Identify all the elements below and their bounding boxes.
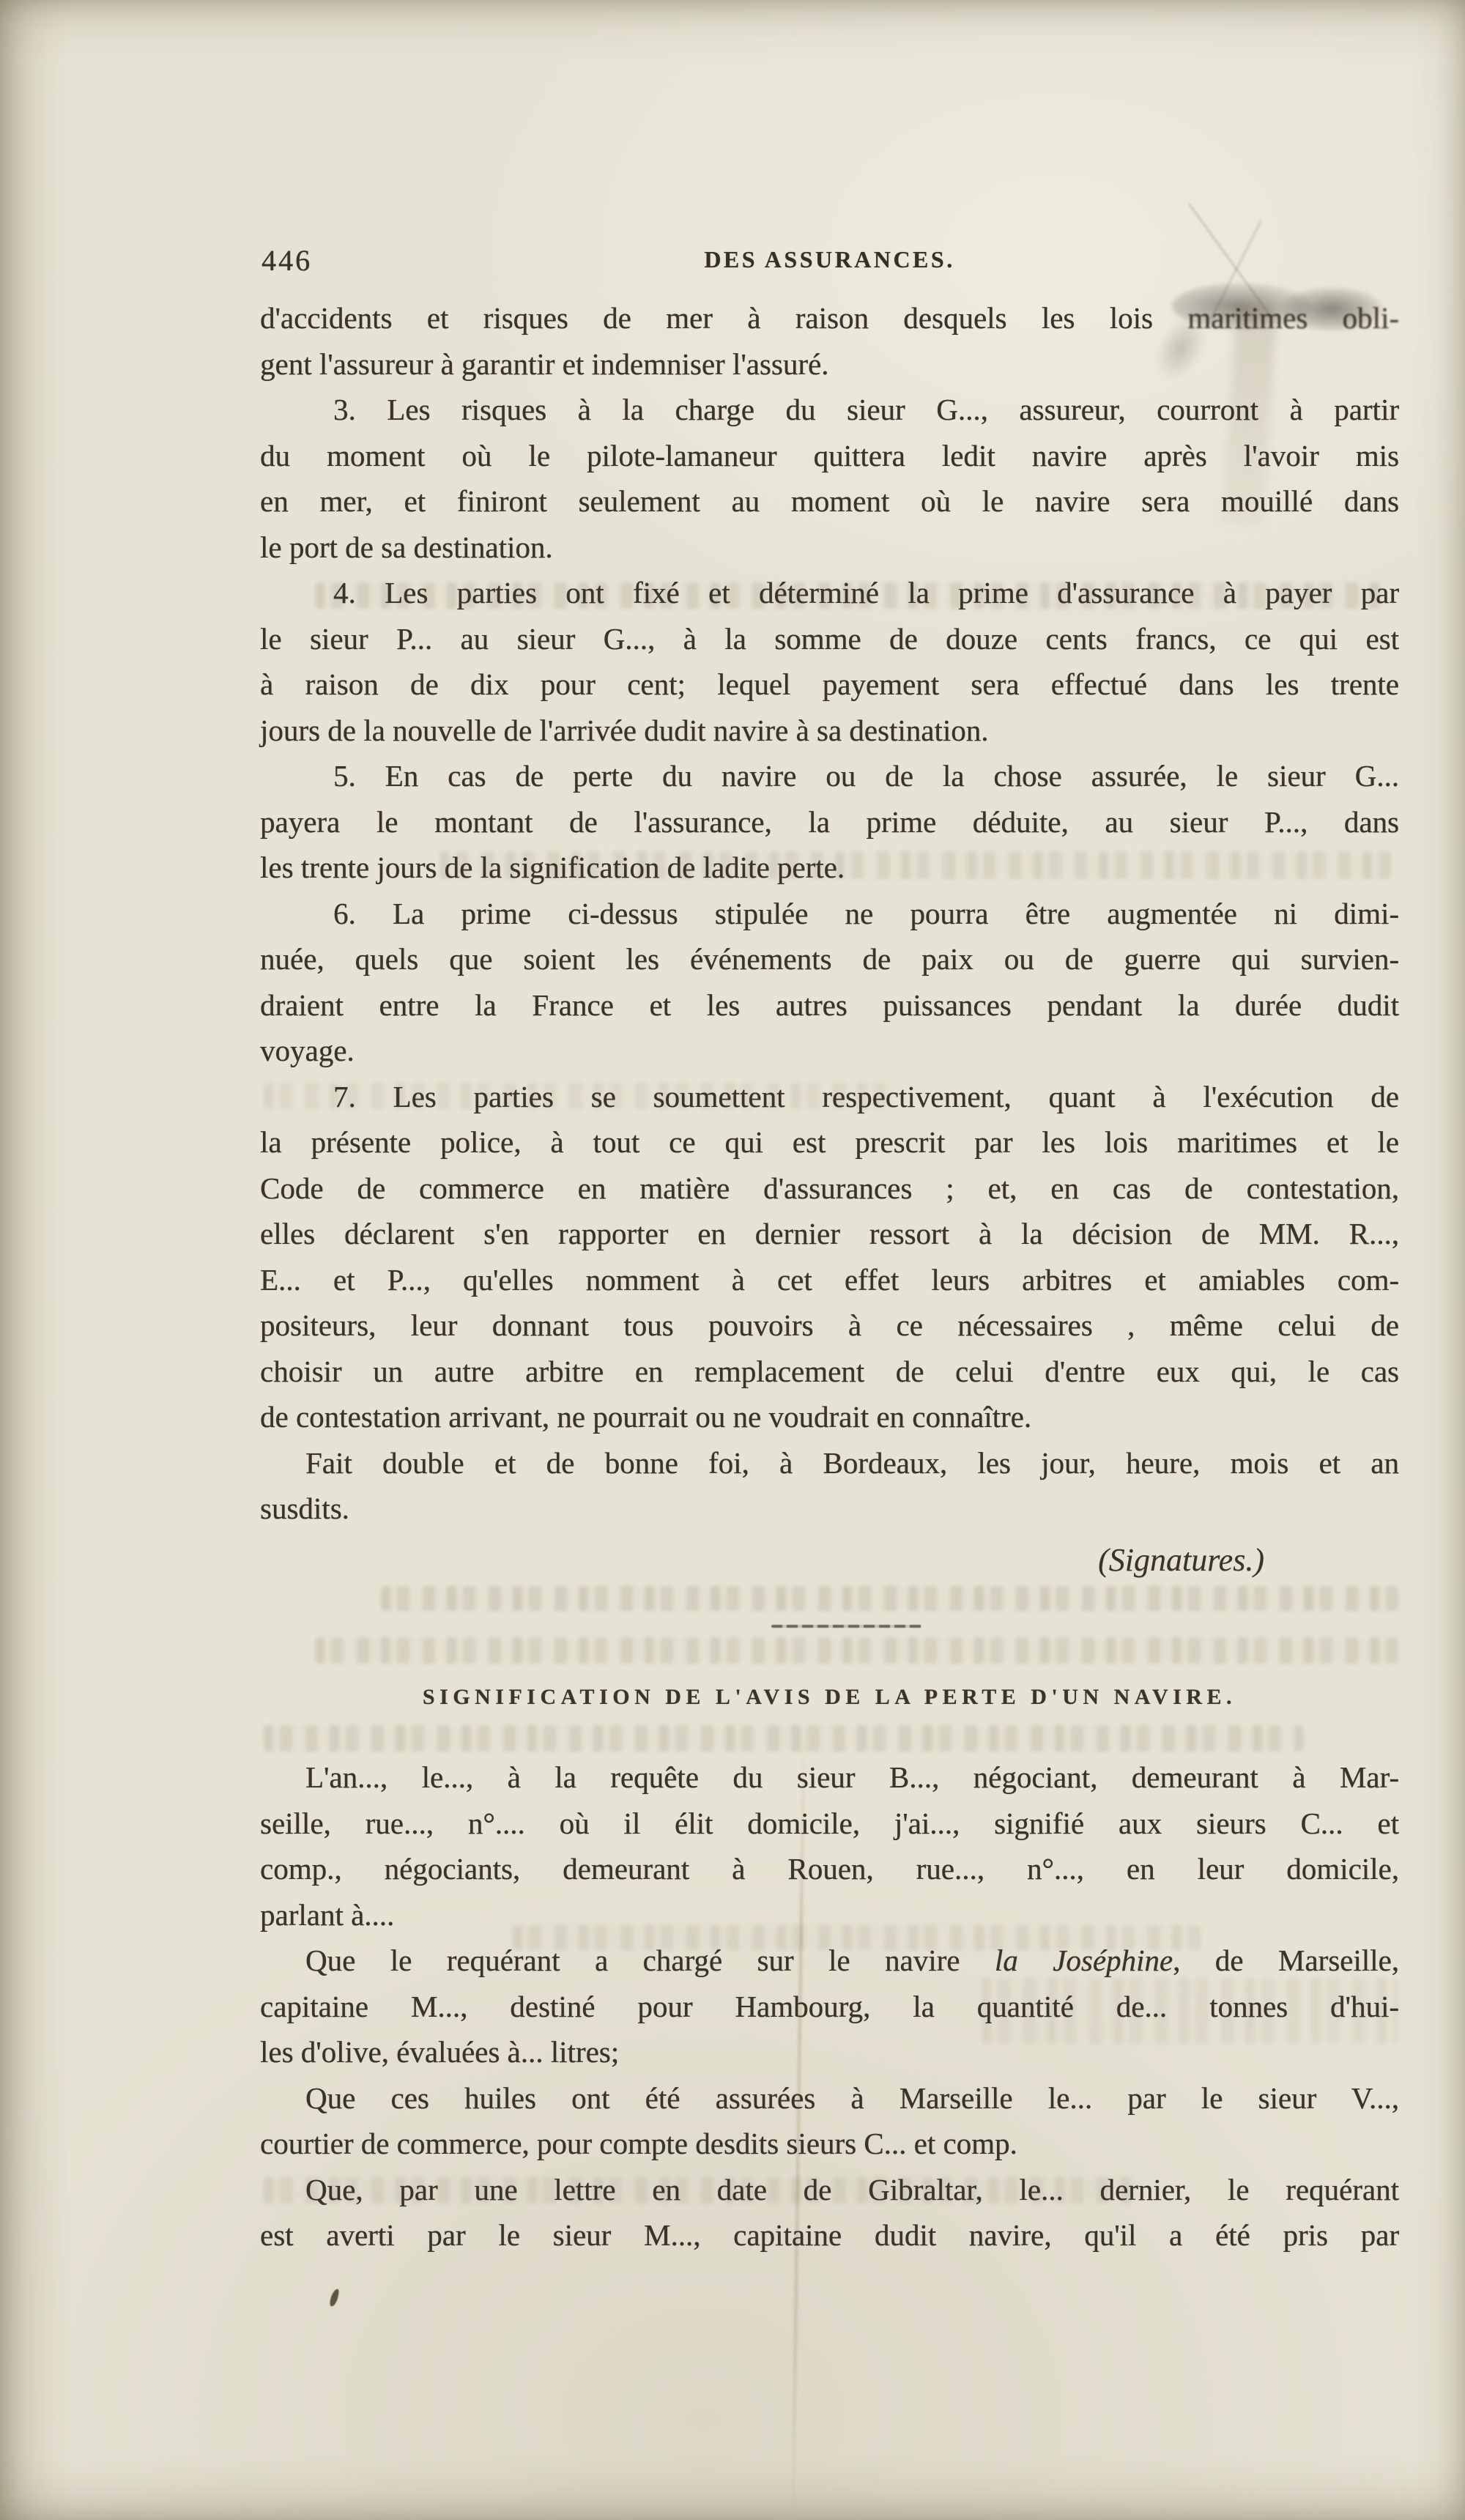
text-line: L'an..., le..., à la requête du sieur B.…: [260, 1754, 1399, 1801]
text-line: 7. Les parties se soumettent respectivem…: [260, 1074, 1399, 1120]
text-line: voyage.: [260, 1028, 1399, 1074]
text-line: positeurs, leur donnant tous pouvoirs à …: [260, 1302, 1399, 1349]
text-segment: 5. En cas de perte du navire ou de la ch…: [333, 759, 1399, 793]
text-line: draient entre la France et les autres pu…: [260, 982, 1399, 1029]
text-line: capitaine M..., destiné pour Hambourg, l…: [260, 1984, 1399, 2030]
text-line: comp., négociants, demeurant à Rouen, ru…: [260, 1846, 1399, 1892]
running-header: 446 DES ASSURANCES.: [260, 243, 1399, 280]
text-line: choisir un autre arbitre en remplacement…: [260, 1349, 1399, 1395]
text-segment: gent l'assureur à garantir et indemniser…: [260, 347, 828, 381]
ship-name-italic: la Joséphine: [995, 1943, 1173, 1977]
text-line: 6. La prime ci-dessus stipulée ne pourra…: [260, 891, 1399, 937]
text-line: gent l'assureur à garantir et indemniser…: [260, 341, 1399, 388]
text-line: Fait double et de bonne foi, à Bordeaux,…: [260, 1440, 1399, 1486]
text-line: le sieur P... au sieur G..., à la somme …: [260, 616, 1399, 662]
text-line: les d'olive, évaluées à... litres;: [260, 2029, 1399, 2075]
text-segment: capitaine M..., destiné pour Hambourg, l…: [260, 1990, 1399, 2023]
text-segment: draient entre la France et les autres pu…: [260, 988, 1399, 1022]
text-line: le port de sa destination.: [260, 525, 1399, 571]
text-segment: elles déclarent s'en rapporter en dernie…: [260, 1217, 1399, 1250]
text-line: à raison de dix pour cent; lequel payeme…: [260, 661, 1399, 708]
text-segment: à raison de dix pour cent; lequel payeme…: [260, 667, 1399, 701]
bleedthrough-mark: [315, 1637, 1399, 1664]
text-segment: E... et P..., qu'elles nomment à cet eff…: [260, 1263, 1399, 1297]
text-segment: Que, par une lettre en date de Gibraltar…: [305, 2173, 1399, 2206]
text-segment: Fait double et de bonne foi, à Bordeaux,…: [305, 1446, 1399, 1480]
text-segment: 6. La prime ci-dessus stipulée ne pourra…: [333, 897, 1399, 930]
text-segment: L'an..., le..., à la requête du sieur B.…: [305, 1760, 1399, 1794]
ink-blot: [1280, 287, 1383, 331]
text-segment: parlant à....: [260, 1898, 394, 1932]
text-segment: , de Marseille,: [1173, 1943, 1399, 1977]
text-segment: Que le requérant a chargé sur le navire: [305, 1943, 995, 1977]
bleedthrough-mark: [381, 1586, 1399, 1611]
text-segment: nuée, quels que soient les événements de…: [260, 942, 1399, 976]
text-segment: susdits.: [260, 1491, 349, 1525]
text-segment: de contestation arrivant, ne pourrait ou…: [260, 1400, 1031, 1434]
text-line: Que, par une lettre en date de Gibraltar…: [260, 2167, 1399, 2213]
signature-text: (Signatures.): [1098, 1542, 1264, 1578]
text-line: 4. Les parties ont fixé et déterminé la …: [260, 570, 1399, 616]
text-line: parlant à....: [260, 1892, 1399, 1938]
ink-speck: [328, 2288, 340, 2308]
text-segment: les d'olive, évaluées à... litres;: [260, 2035, 619, 2069]
text-line: courtier de commerce, pour compte desdit…: [260, 2121, 1399, 2167]
text-line: payera le montant de l'assurance, la pri…: [260, 799, 1399, 845]
text-line: est averti par le sieur M..., capitaine …: [260, 2212, 1399, 2258]
book-page: 446 DES ASSURANCES. d'accidents et risqu…: [0, 0, 1465, 2520]
text-segment: Que ces huiles ont été assurées à Marsei…: [305, 2081, 1399, 2115]
text-line: Code de commerce en matière d'assurances…: [260, 1165, 1399, 1212]
text-line: E... et P..., qu'elles nomment à cet eff…: [260, 1257, 1399, 1303]
text-segment: est averti par le sieur M..., capitaine …: [260, 2218, 1399, 2252]
text-segment: voyage.: [260, 1034, 355, 1067]
text-segment: 4. Les parties ont fixé et déterminé la …: [333, 576, 1399, 609]
text-line: jours de la nouvelle de l'arrivée dudit …: [260, 708, 1399, 754]
page-number: 446: [262, 243, 312, 278]
text-line: de contestation arrivant, ne pourrait ou…: [260, 1394, 1399, 1440]
signature-line: (Signatures.): [260, 1537, 1399, 1583]
text-segment: comp., négociants, demeurant à Rouen, ru…: [260, 1852, 1399, 1886]
text-line: seille, rue..., n°.... où il élit domici…: [260, 1801, 1399, 1847]
text-segment: la présente police, à tout ce qui est pr…: [260, 1125, 1399, 1159]
text-line: les trente jours de la signification de …: [260, 845, 1399, 891]
text-line: susdits.: [260, 1486, 1399, 1532]
text-segment: seille, rue..., n°.... où il élit domici…: [260, 1806, 1399, 1840]
text-line: la présente police, à tout ce qui est pr…: [260, 1119, 1399, 1165]
section-divider-rule: [771, 1625, 921, 1628]
text-segment: les trente jours de la signification de …: [260, 850, 845, 884]
text-line: nuée, quels que soient les événements de…: [260, 936, 1399, 982]
text-segment: 7. Les parties se soumettent respectivem…: [333, 1080, 1399, 1113]
notice-text-block: L'an..., le..., à la requête du sieur B.…: [260, 1754, 1399, 2258]
text-segment: le sieur P... au sieur G..., à la somme …: [260, 622, 1399, 656]
text-segment: le port de sa destination.: [260, 530, 553, 564]
text-segment: positeurs, leur donnant tous pouvoirs à …: [260, 1308, 1399, 1342]
text-line: elles déclarent s'en rapporter en dernie…: [260, 1211, 1399, 1257]
text-segment: choisir un autre arbitre en remplacement…: [260, 1354, 1399, 1388]
text-segment: d'accidents et risques de mer à raison d…: [260, 301, 1187, 335]
text-segment: payera le montant de l'assurance, la pri…: [260, 805, 1399, 839]
text-line: Que ces huiles ont été assurées à Marsei…: [260, 2075, 1399, 2121]
text-line: 5. En cas de perte du navire ou de la ch…: [260, 753, 1399, 799]
notice-section-heading: SIGNIFICATION DE L'AVIS DE LA PERTE D'UN…: [260, 1685, 1399, 1719]
text-segment: Code de commerce en matière d'assurances…: [260, 1171, 1399, 1205]
text-line: Que le requérant a chargé sur le navire …: [260, 1938, 1399, 1984]
text-segment: jours de la nouvelle de l'arrivée dudit …: [260, 714, 988, 747]
bleedthrough-mark: [264, 1725, 1304, 1752]
notice-lines: L'an..., le..., à la requête du sieur B.…: [260, 1754, 1399, 2258]
text-segment: courtier de commerce, pour compte desdit…: [260, 2127, 1017, 2160]
